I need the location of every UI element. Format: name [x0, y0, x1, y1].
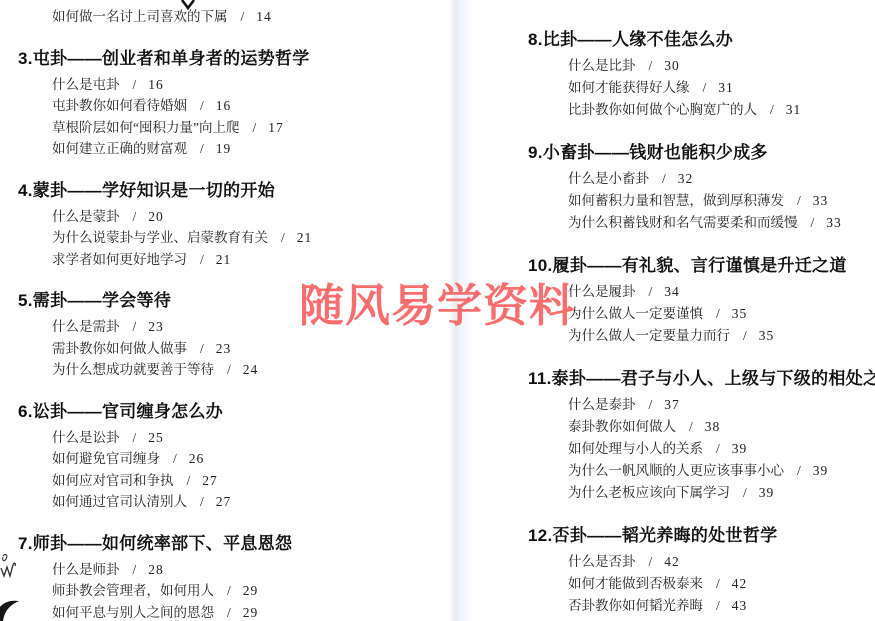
toc-entry-page: 21 [216, 252, 232, 267]
toc-entry-text: 求学者如何更好地学习 [52, 252, 187, 267]
toc-section-title: 4.蒙卦——学好知识是一切的开始 [18, 178, 452, 203]
toc-entry-text: 什么是履卦 [568, 284, 636, 299]
toc-entry-page: 20 [148, 209, 164, 224]
toc-entry-page: 27 [202, 473, 218, 488]
toc-entry: 为什么说蒙卦与学业、启蒙教育有关/21 [18, 227, 452, 249]
toc-entry-page: 16 [148, 77, 164, 92]
toc-entry-page: 17 [268, 120, 284, 135]
toc-separator: / [770, 99, 774, 121]
toc-entry-page: 28 [148, 562, 164, 577]
toc-entry-text: 如何才能获得好人缘 [568, 80, 690, 95]
toc-separator: / [716, 595, 720, 617]
toc-separator: / [649, 281, 653, 303]
toc-section-title: 8.比卦——人缘不佳怎么办 [528, 27, 875, 52]
toc-separator: / [133, 206, 137, 228]
toc-entry-text: 师卦教会管理者，如何用人 [52, 583, 214, 598]
toc-entry-text: 为什么一帆风顺的人更应该事事小心 [568, 463, 784, 478]
toc-entry-text: 为什么老板应该向下属学习 [568, 485, 730, 500]
toc-entry: 比卦教你如何做个心胸宽广的人/31 [528, 99, 875, 121]
toc-separator: / [797, 460, 801, 482]
toc-entry: 为什么做人一定要量力而行/35 [528, 325, 875, 347]
toc-entry: 为什么积蓄钱财和名气需要柔和而缓慢/33 [528, 212, 875, 234]
toc-entry: 为什么老板应该向下属学习/39 [528, 482, 875, 504]
toc-entry-text: 为什么想成功就要善于等待 [52, 362, 214, 377]
toc-entry-text: 如何处理与小人的关系 [568, 441, 703, 456]
toc-entry: 泰卦教你如何做人/38 [528, 416, 875, 438]
toc-entry-text: 如何避免官司缠身 [52, 451, 160, 466]
toc-separator: / [281, 227, 285, 249]
toc-entry-text: 如何才能做到否极泰来 [568, 576, 703, 591]
toc-section: 9.小畜卦——钱财也能积少成多什么是小畜卦/32如何蓄积力量和智慧，做到厚积薄发… [528, 140, 875, 234]
toc-separator: / [133, 316, 137, 338]
left-page-sections: 3.屯卦——创业者和单身者的运势哲学什么是屯卦/16屯卦教你如何看待婚姻/16草… [18, 46, 452, 621]
toc-entry-text: 什么是讼卦 [52, 430, 120, 445]
ink-smudge-icon [0, 596, 21, 621]
toc-entry-page: 42 [732, 576, 748, 591]
toc-separator: / [200, 138, 204, 160]
toc-entry: 什么是否卦/42 [528, 551, 875, 573]
toc-entry-page: 37 [664, 397, 680, 412]
toc-section: 6.讼卦——官司缠身怎么办什么是讼卦/25如何避免官司缠身/26如何应对官司和争… [18, 399, 452, 513]
toc-entry: 如何才能获得好人缘/31 [528, 77, 875, 99]
toc-separator: / [689, 416, 693, 438]
toc-entry: 否卦教你如何韬光养晦/43 [528, 595, 875, 617]
toc-entry-text: 如何建立正确的财富观 [52, 141, 187, 156]
toc-section: 4.蒙卦——学好知识是一切的开始什么是蒙卦/20为什么说蒙卦与学业、启蒙教育有关… [18, 178, 452, 271]
toc-entry-page: 43 [732, 598, 748, 613]
toc-entry: 求学者如何更好地学习/21 [18, 249, 452, 271]
toc-entry-page: 39 [732, 441, 748, 456]
toc-separator: / [716, 303, 720, 325]
toc-section-title: 3.屯卦——创业者和单身者的运势哲学 [18, 46, 452, 71]
toc-entry: 为什么一帆风顺的人更应该事事小心/39 [528, 460, 875, 482]
toc-entry-page: 21 [297, 230, 313, 245]
toc-separator: / [649, 551, 653, 573]
toc-entry: 如何蓄积力量和智慧，做到厚积薄发/33 [528, 190, 875, 212]
toc-entry-page: 19 [216, 141, 232, 156]
toc-separator: / [662, 168, 666, 190]
toc-entry-text: 泰卦教你如何做人 [568, 419, 676, 434]
toc-entry-text: 草根阶层如何“囤积力量”向上爬 [52, 120, 239, 135]
toc-separator: / [173, 448, 177, 470]
toc-entry: 师卦教会管理者，如何用人/29 [18, 580, 452, 602]
watermark-text: 随风易学资料 [299, 281, 575, 331]
toc-section: 10.履卦——有礼貌、言行谨慎是升迁之道什么是履卦/34为什么做人一定要谨慎/3… [528, 253, 875, 347]
toc-separator: / [649, 55, 653, 77]
toc-entry-text: 否卦教你如何韬光养晦 [568, 598, 703, 613]
toc-entry-text: 需卦教你如何做人做事 [52, 341, 187, 356]
toc-entry-page: 24 [243, 362, 259, 377]
toc-separator: / [703, 77, 707, 99]
toc-entry-page: 30 [664, 58, 680, 73]
toc-entry-text: 为什么做人一定要量力而行 [568, 328, 730, 343]
toc-entry: 什么是蒙卦/20 [18, 206, 452, 228]
toc-entry: 如何通过官司认清别人/27 [18, 491, 452, 513]
toc-entry-text: 什么是比卦 [568, 58, 636, 73]
cutoff-glyph-fragment-icon [181, 0, 196, 10]
toc-entry-page: 42 [664, 554, 680, 569]
toc-separator: / [743, 482, 747, 504]
toc-separator: / [716, 573, 720, 595]
toc-entry-text: 什么是否卦 [568, 554, 636, 569]
toc-entry-page: 35 [732, 306, 748, 321]
toc-entry-page: 33 [813, 193, 829, 208]
toc-entry: 如何处理与小人的关系/39 [528, 438, 875, 460]
toc-entry: 什么是讼卦/25 [18, 427, 452, 449]
toc-entry-page: 23 [148, 319, 164, 334]
toc-entry: 如何才能做到否极泰来/42 [528, 573, 875, 595]
toc-entry-page: 33 [826, 215, 842, 230]
toc-entry-text: 屯卦教你如何看待婚姻 [52, 98, 187, 113]
toc-entry-text: 如何平息与别人之间的恩怨 [52, 605, 214, 620]
toc-entry-text: 如何做一名讨上司喜欢的下属 [52, 9, 228, 24]
toc-entry: 如何避免官司缠身/26 [18, 448, 452, 470]
toc-entry-page: 38 [705, 419, 721, 434]
toc-entry-text: 如何通过官司认清别人 [52, 494, 187, 509]
toc-separator: / [187, 470, 191, 492]
toc-entry-text: 什么是小畜卦 [568, 171, 649, 186]
toc-section: 7.师卦——如何统率部下、平息恩怨什么是师卦/28师卦教会管理者，如何用人/29… [18, 531, 452, 621]
toc-entry-text: 什么是需卦 [52, 319, 120, 334]
toc-separator: / [200, 338, 204, 360]
toc-entry-text: 什么是师卦 [52, 562, 120, 577]
toc-entry-page: 16 [216, 98, 232, 113]
toc-entry: 什么是小畜卦/32 [528, 168, 875, 190]
toc-separator: / [133, 427, 137, 449]
toc-separator: / [649, 394, 653, 416]
toc-entry-page: 32 [678, 171, 694, 186]
toc-separator: / [252, 117, 256, 139]
pen-scribble-icon [0, 552, 17, 588]
toc-entry-page: 25 [148, 430, 164, 445]
toc-entry-text: 为什么做人一定要谨慎 [568, 306, 703, 321]
toc-section: 12.否卦——韬光养晦的处世哲学什么是否卦/42如何才能做到否极泰来/42否卦教… [528, 523, 875, 617]
toc-entry: 草根阶层如何“囤积力量”向上爬/17 [18, 117, 452, 139]
toc-entry-text: 如何蓄积力量和智慧，做到厚积薄发 [568, 193, 784, 208]
toc-entry-page: 31 [718, 80, 734, 95]
toc-entry-text: 为什么积蓄钱财和名气需要柔和而缓慢 [568, 215, 798, 230]
toc-entry-page: 27 [216, 494, 232, 509]
toc-separator: / [200, 95, 204, 117]
toc-section-title: 9.小畜卦——钱财也能积少成多 [528, 140, 875, 165]
toc-entry-page: 35 [759, 328, 775, 343]
toc-entry-page: 29 [243, 605, 259, 620]
toc-separator: / [811, 212, 815, 234]
toc-entry-page: 29 [243, 583, 259, 598]
toc-entry-text: 如何应对官司和争执 [52, 473, 174, 488]
toc-separator: / [200, 249, 204, 271]
toc-entry-page: 23 [216, 341, 232, 356]
toc-entry-page: 26 [189, 451, 205, 466]
toc-entry-page: 39 [759, 485, 775, 500]
toc-section-title: 12.否卦——韬光养晦的处世哲学 [528, 523, 875, 548]
toc-entry: 为什么想成功就要善于等待/24 [18, 359, 452, 381]
toc-entry: 如何建立正确的财富观/19 [18, 138, 452, 160]
toc-section: 3.屯卦——创业者和单身者的运势哲学什么是屯卦/16屯卦教你如何看待婚姻/16草… [18, 46, 452, 160]
toc-section: 8.比卦——人缘不佳怎么办什么是比卦/30如何才能获得好人缘/31比卦教你如何做… [528, 27, 875, 121]
toc-entry: 如何平息与别人之间的恩怨/29 [18, 602, 452, 621]
toc-entry-text: 什么是蒙卦 [52, 209, 120, 224]
toc-entry: 需卦教你如何做人做事/23 [18, 338, 452, 360]
toc-section-title: 10.履卦——有礼貌、言行谨慎是升迁之道 [528, 253, 875, 278]
toc-separator: / [227, 602, 231, 621]
toc-separator: / [241, 6, 245, 28]
toc-separator: / [797, 190, 801, 212]
toc-entry: 如何做一名讨上司喜欢的下属/14 [18, 6, 452, 28]
toc-entry-page: 14 [256, 9, 272, 24]
toc-entry: 什么是泰卦/37 [528, 394, 875, 416]
toc-separator: / [716, 438, 720, 460]
toc-entry-page: 34 [664, 284, 680, 299]
toc-entry: 什么是比卦/30 [528, 55, 875, 77]
toc-separator: / [743, 325, 747, 347]
toc-section-title: 11.泰卦——君子与小人、上级与下级的相处之道 [528, 366, 875, 391]
toc-separator: / [227, 359, 231, 381]
toc-entry: 屯卦教你如何看待婚姻/16 [18, 95, 452, 117]
toc-separator: / [200, 491, 204, 513]
toc-section-title: 7.师卦——如何统率部下、平息恩怨 [18, 531, 452, 556]
toc-separator: / [133, 74, 137, 96]
toc-entry-page: 39 [813, 463, 829, 478]
right-page-sections: 8.比卦——人缘不佳怎么办什么是比卦/30如何才能获得好人缘/31比卦教你如何做… [528, 27, 875, 617]
toc-section-title: 6.讼卦——官司缠身怎么办 [18, 399, 452, 424]
toc-entry-text: 比卦教你如何做个心胸宽广的人 [568, 102, 757, 117]
scanned-book-spread: { "separator": "/", "watermark": { "text… [0, 0, 875, 621]
toc-entry: 什么是履卦/34 [528, 281, 875, 303]
toc-entry-text: 为什么说蒙卦与学业、启蒙教育有关 [52, 230, 268, 245]
toc-entry-page: 31 [786, 102, 802, 117]
toc-separator: / [133, 559, 137, 581]
toc-entry: 什么是屯卦/16 [18, 74, 452, 96]
toc-entry: 为什么做人一定要谨慎/35 [528, 303, 875, 325]
toc-section: 11.泰卦——君子与小人、上级与下级的相处之道什么是泰卦/37泰卦教你如何做人/… [528, 366, 875, 504]
toc-separator: / [227, 580, 231, 602]
toc-entry-text: 什么是泰卦 [568, 397, 636, 412]
toc-entry: 如何应对官司和争执/27 [18, 470, 452, 492]
toc-entry: 什么是师卦/28 [18, 559, 452, 581]
toc-entry-text: 什么是屯卦 [52, 77, 120, 92]
